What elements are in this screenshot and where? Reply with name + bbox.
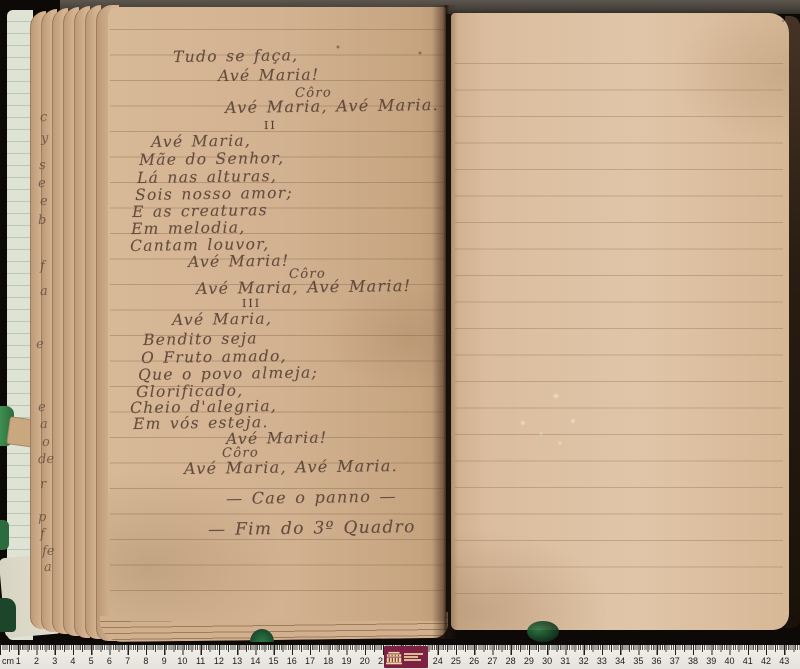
edge-letter-fragment: o: [42, 435, 50, 450]
ruler-number: 35: [633, 656, 643, 666]
manuscript-line: Avé Maria, Avé Maria!: [196, 276, 412, 298]
ruler-number: 29: [524, 656, 534, 666]
ruler-number: 43: [779, 656, 789, 666]
ruler-number: 14: [250, 656, 260, 666]
ruler-number: 18: [323, 656, 333, 666]
edge-letter-fragment: s: [39, 158, 46, 173]
ruler-number: 7: [125, 656, 130, 666]
ruler-number: 36: [652, 656, 662, 666]
manuscript-text-layer: Tudo se faça,Avé Maria!CôroAvé Maria, Av…: [0, 0, 800, 645]
ruler-number: 24: [433, 656, 443, 666]
ruler-unit-label: cm: [2, 656, 14, 666]
ruler-number: 40: [725, 656, 735, 666]
manuscript-line: E as creaturas: [132, 201, 268, 221]
manuscript-line: Avé Maria,: [172, 310, 272, 329]
ruler-number: 13: [232, 656, 242, 666]
ruler-number: 25: [451, 656, 461, 666]
ruler-number: 20: [360, 656, 370, 666]
manuscript-line: Avé Maria, Avé Maria.: [225, 95, 439, 117]
ruler-number: 26: [469, 656, 479, 666]
manuscript-line: — Cae o panno —: [226, 487, 397, 508]
ruler-number: 34: [615, 656, 625, 666]
edge-letter-fragment: r: [40, 477, 47, 492]
manuscript-line: Mãe do Senhor,: [139, 149, 285, 169]
manuscript-line: III: [242, 297, 261, 310]
ruler-number: 3: [52, 656, 57, 666]
library-building-icon: [386, 650, 402, 665]
ruler-number: 5: [89, 656, 94, 666]
ruler-number: 9: [162, 656, 167, 666]
felt-patch: [527, 621, 559, 642]
ruler-number: 16: [287, 656, 297, 666]
edge-letter-fragment: e: [36, 337, 44, 352]
manuscript-line: Avé Maria!: [188, 252, 290, 271]
ruler-number: 4: [70, 656, 75, 666]
manuscript-line: Bendito seja: [143, 329, 258, 349]
ruler-number: 37: [670, 656, 680, 666]
ruler-number: 41: [743, 656, 753, 666]
ruler-number: 19: [342, 656, 352, 666]
ruler-number: 30: [542, 656, 552, 666]
manuscript-line: — Fim do 3º Quadro: [208, 517, 416, 540]
edge-letter-fragment: a: [44, 560, 52, 575]
edge-letter-fragment: e: [40, 194, 48, 209]
edge-letter-fragment: a: [40, 417, 48, 432]
archive-logo: [384, 646, 428, 668]
ruler-number: 2: [34, 656, 39, 666]
edge-letter-fragment: e: [38, 176, 46, 191]
edge-letter-fragment: e: [38, 400, 46, 415]
edge-letter-fragment: p: [38, 510, 47, 525]
ruler-number: 31: [560, 656, 570, 666]
logo-text-lines: [404, 653, 426, 661]
ruler-number: 6: [107, 656, 112, 666]
ruler-number: 1: [16, 656, 21, 666]
manuscript-line: Tudo se faça,: [173, 46, 299, 66]
manuscript-line: Avé Maria!: [218, 66, 320, 85]
edge-letter-fragment: de: [38, 452, 55, 468]
manuscript-line: Avé Maria,: [151, 132, 251, 151]
ruler-number: 28: [506, 656, 516, 666]
ruler-number: 8: [143, 656, 148, 666]
edge-letter-fragment: f: [40, 527, 45, 542]
ruler-number: 38: [688, 656, 698, 666]
edge-letter-fragment: b: [38, 213, 47, 228]
measurement-ruler: cm 1234567891011121314151617181920212223…: [0, 645, 800, 669]
edge-letter-fragment: c: [40, 110, 48, 125]
edge-letter-fragment: f: [40, 259, 45, 274]
ruler-number: 42: [761, 656, 771, 666]
ruler-number: 15: [269, 656, 279, 666]
ruler-number: 39: [706, 656, 716, 666]
edge-letter-fragment: fe: [42, 544, 55, 559]
ruler-number: 11: [196, 656, 205, 666]
ruler-number: 12: [214, 656, 224, 666]
ruler-number: 10: [177, 656, 187, 666]
ruler-number: 33: [597, 656, 607, 666]
ruler-number: 27: [487, 656, 497, 666]
edge-letter-fragment: y: [41, 131, 49, 146]
ruler-number: 17: [305, 656, 315, 666]
ruler-number: 32: [579, 656, 589, 666]
manuscript-line: II: [264, 119, 277, 132]
manuscript-scan: Tudo se faça,Avé Maria!CôroAvé Maria, Av…: [0, 0, 800, 669]
manuscript-line: Avé Maria, Avé Maria.: [184, 456, 398, 478]
edge-letter-fragment: a: [40, 284, 48, 299]
